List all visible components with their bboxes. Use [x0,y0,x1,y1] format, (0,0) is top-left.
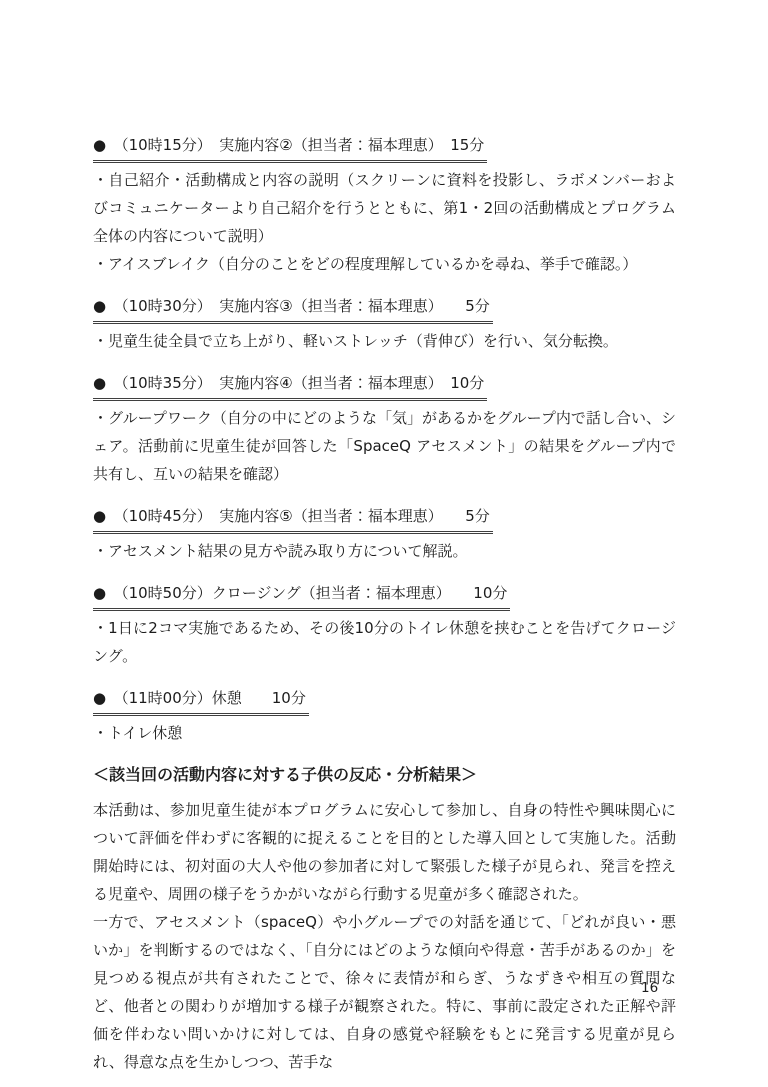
analysis-paragraph: 本活動は、参加児童生徒が本プログラムに安心して参加し、自身の特性や興味関心につい… [93,796,676,908]
analysis-paragraph: 一方で、アセスメント（spaceQ）や小グループでの対話を通じて、「どれが良い・… [93,908,676,1076]
agenda-heading: ● （10時15分） 実施内容②（担当者：福本理恵） 15分 [93,131,676,163]
agenda-heading: ● （10時45分） 実施内容⑤（担当者：福本理恵） 5分 [93,502,676,534]
document-page: ● （10時15分） 実施内容②（担当者：福本理恵） 15分 ・自己紹介・活動構… [0,0,768,1087]
agenda-item: ・自己紹介・活動構成と内容の説明（スクリーンに資料を投影し、ラボメンバーおよびコ… [93,166,676,250]
agenda-heading-text: ● （10時35分） 実施内容④（担当者：福本理恵） 10分 [93,369,487,401]
document-content: ● （10時15分） 実施内容②（担当者：福本理恵） 15分 ・自己紹介・活動構… [93,131,676,1076]
agenda-item: ・児童生徒全員で立ち上がり、軽いストレッチ（背伸び）を行い、気分転換。 [93,327,676,355]
page-number: 16 [641,979,658,997]
agenda-heading-text: ● （10時45分） 実施内容⑤（担当者：福本理恵） 5分 [93,502,493,534]
analysis-section: ＜該当回の活動内容に対する子供の反応・分析結果＞ 本活動は、参加児童生徒が本プロ… [93,761,676,1076]
agenda-section-1100: ● （11時00分）休憩 10分 ・トイレ休憩 [93,684,676,747]
agenda-heading-text: ● （11時00分）休憩 10分 [93,684,309,716]
agenda-heading: ● （10時50分）クロージング（担当者：福本理恵） 10分 [93,579,676,611]
agenda-heading: ● （10時30分） 実施内容③（担当者：福本理恵） 5分 [93,292,676,324]
agenda-item: ・グループワーク（自分の中にどのような「気」があるかをグループ内で話し合い、シェ… [93,404,676,488]
agenda-section-1030: ● （10時30分） 実施内容③（担当者：福本理恵） 5分 ・児童生徒全員で立ち… [93,292,676,355]
agenda-heading-text: ● （10時30分） 実施内容③（担当者：福本理恵） 5分 [93,292,493,324]
agenda-section-1045: ● （10時45分） 実施内容⑤（担当者：福本理恵） 5分 ・アセスメント結果の… [93,502,676,565]
agenda-section-1015: ● （10時15分） 実施内容②（担当者：福本理恵） 15分 ・自己紹介・活動構… [93,131,676,278]
agenda-heading-text: ● （10時15分） 実施内容②（担当者：福本理恵） 15分 [93,131,487,163]
agenda-item: ・アセスメント結果の見方や読み取り方について解説。 [93,537,676,565]
agenda-item: ・トイレ休憩 [93,719,676,747]
agenda-heading-text: ● （10時50分）クロージング（担当者：福本理恵） 10分 [93,579,510,611]
agenda-item: ・1日に2コマ実施であるため、その後10分のトイレ休憩を挟むことを告げてクロージ… [93,614,676,670]
agenda-item: ・アイスブレイク（自分のことをどの程度理解しているかを尋ね、挙手で確認。） [93,250,676,278]
agenda-section-1035: ● （10時35分） 実施内容④（担当者：福本理恵） 10分 ・グループワーク（… [93,369,676,488]
agenda-heading: ● （10時35分） 実施内容④（担当者：福本理恵） 10分 [93,369,676,401]
agenda-section-1050: ● （10時50分）クロージング（担当者：福本理恵） 10分 ・1日に2コマ実施… [93,579,676,670]
analysis-section-title: ＜該当回の活動内容に対する子供の反応・分析結果＞ [93,761,676,789]
agenda-heading: ● （11時00分）休憩 10分 [93,684,676,716]
